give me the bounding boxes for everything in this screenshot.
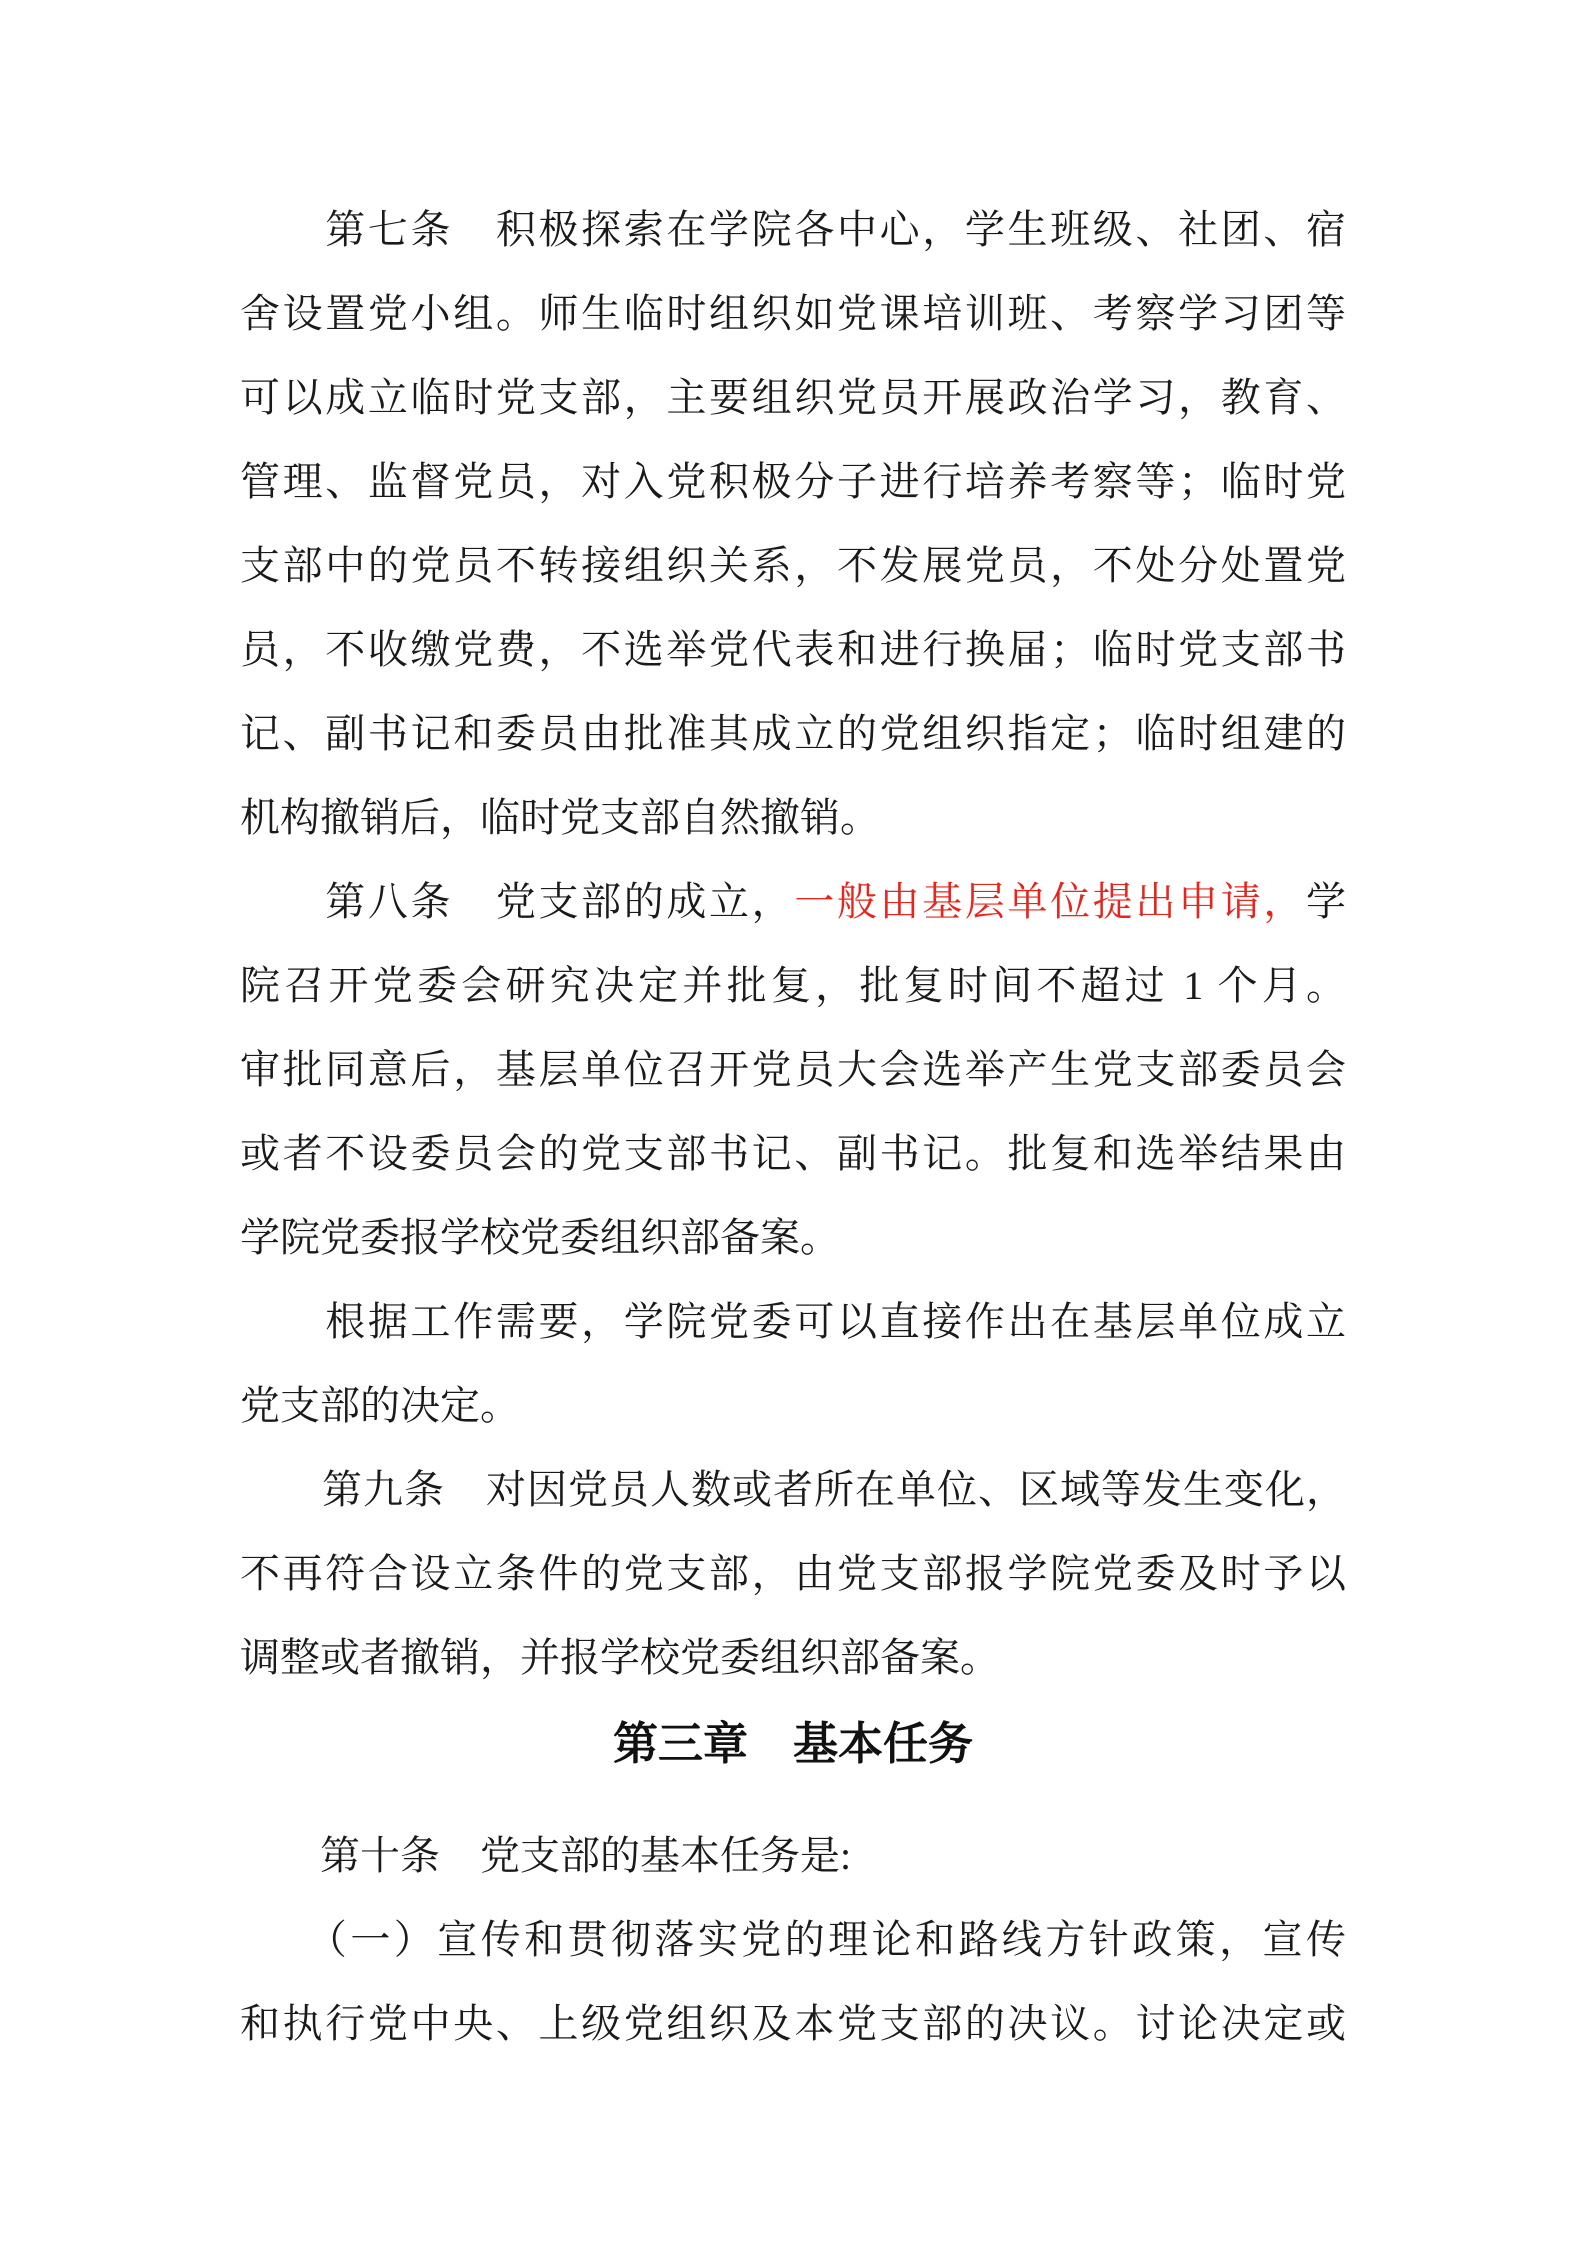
body-text: 第十条 党支部的基本任务是:: [240, 1833, 851, 1878]
body-text: 学院党委报学校党委组织部备案。: [240, 1215, 840, 1260]
body-text: 党支部的决定。: [240, 1383, 520, 1428]
text-line: 院召开党委会研究决定并批复，批复时间不超过 1 个月。: [240, 944, 1346, 1028]
text-line: 审批同意后，基层单位召开党员大会选举产生党支部委员会: [240, 1028, 1346, 1112]
text-line: 第十条 党支部的基本任务是:: [240, 1814, 1346, 1898]
text-line: 记、副书记和委员由批准其成立的党组织指定；临时组建的: [240, 692, 1346, 776]
text-line: 或者不设委员会的党支部书记、副书记。批复和选举结果由: [240, 1112, 1346, 1196]
body-text: 记、副书记和委员由批准其成立的党组织指定；临时组建的: [240, 711, 1346, 756]
text-line: 支部中的党员不转接组织关系，不发展党员，不处分处置党: [240, 524, 1346, 608]
body-text: 或者不设委员会的党支部书记、副书记。批复和选举结果由: [240, 1131, 1346, 1176]
body-text: 根据工作需要，学院党委可以直接作出在基层单位成立: [240, 1299, 1346, 1344]
chapter-heading: 第三章 基本任务: [240, 1702, 1346, 1786]
text-line: 调整或者撤销，并报学校党委组织部备案。: [240, 1616, 1346, 1700]
document-body: 第七条 积极探索在学院各中心，学生班级、社团、宿舍设置党小组。师生临时组织如党课…: [240, 188, 1346, 2066]
text-line: 第八条 党支部的成立，一般由基层单位提出申请，学: [240, 860, 1346, 944]
body-text: 可以成立临时党支部，主要组织党员开展政治学习，教育、: [240, 375, 1346, 420]
red-emphasis-text: 一般由基层单位提出申请，: [794, 879, 1306, 924]
body-text: 第七条 积极探索在学院各中心，学生班级、社团、宿: [240, 207, 1346, 252]
body-text: （一）宣传和贯彻落实党的理论和路线方针政策，宣传: [240, 1917, 1346, 1962]
text-line: 不再符合设立条件的党支部，由党支部报学院党委及时予以: [240, 1532, 1346, 1616]
text-line: 学院党委报学校党委组织部备案。: [240, 1196, 1346, 1280]
body-text: 第八条 党支部的成立，: [240, 879, 794, 924]
text-line: 和执行党中央、上级党组织及本党支部的决议。讨论决定或: [240, 1982, 1346, 2066]
body-text: 第九条 对因党员人数或者所在单位、区域等发生变化，: [240, 1467, 1346, 1512]
document-page: 第七条 积极探索在学院各中心，学生班级、社团、宿舍设置党小组。师生临时组织如党课…: [0, 0, 1587, 2245]
body-text: 审批同意后，基层单位召开党员大会选举产生党支部委员会: [240, 1047, 1346, 1092]
body-text: 学: [1306, 879, 1346, 924]
text-line: 根据工作需要，学院党委可以直接作出在基层单位成立: [240, 1280, 1346, 1364]
body-text: 不再符合设立条件的党支部，由党支部报学院党委及时予以: [240, 1551, 1346, 1596]
text-line: 党支部的决定。: [240, 1364, 1346, 1448]
body-text: 员，不收缴党费，不选举党代表和进行换届；临时党支部书: [240, 627, 1346, 672]
body-text: 舍设置党小组。师生临时组织如党课培训班、考察学习团等: [240, 291, 1346, 336]
text-line: （一）宣传和贯彻落实党的理论和路线方针政策，宣传: [240, 1898, 1346, 1982]
body-text: 支部中的党员不转接组织关系，不发展党员，不处分处置党: [240, 543, 1346, 588]
text-line: 舍设置党小组。师生临时组织如党课培训班、考察学习团等: [240, 272, 1346, 356]
text-line: 可以成立临时党支部，主要组织党员开展政治学习，教育、: [240, 356, 1346, 440]
text-line: 管理、监督党员，对入党积极分子进行培养考察等；临时党: [240, 440, 1346, 524]
body-text: 和执行党中央、上级党组织及本党支部的决议。讨论决定或: [240, 2001, 1346, 2046]
text-line: 员，不收缴党费，不选举党代表和进行换届；临时党支部书: [240, 608, 1346, 692]
text-line: 第七条 积极探索在学院各中心，学生班级、社团、宿: [240, 188, 1346, 272]
body-text: 机构撤销后，临时党支部自然撤销。: [240, 795, 880, 840]
body-text: 调整或者撤销，并报学校党委组织部备案。: [240, 1635, 1000, 1680]
text-line: 机构撤销后，临时党支部自然撤销。: [240, 776, 1346, 860]
text-line: 第九条 对因党员人数或者所在单位、区域等发生变化，: [240, 1448, 1346, 1532]
body-text: 院召开党委会研究决定并批复，批复时间不超过 1 个月。: [240, 963, 1346, 1008]
body-text: 管理、监督党员，对入党积极分子进行培养考察等；临时党: [240, 459, 1346, 504]
